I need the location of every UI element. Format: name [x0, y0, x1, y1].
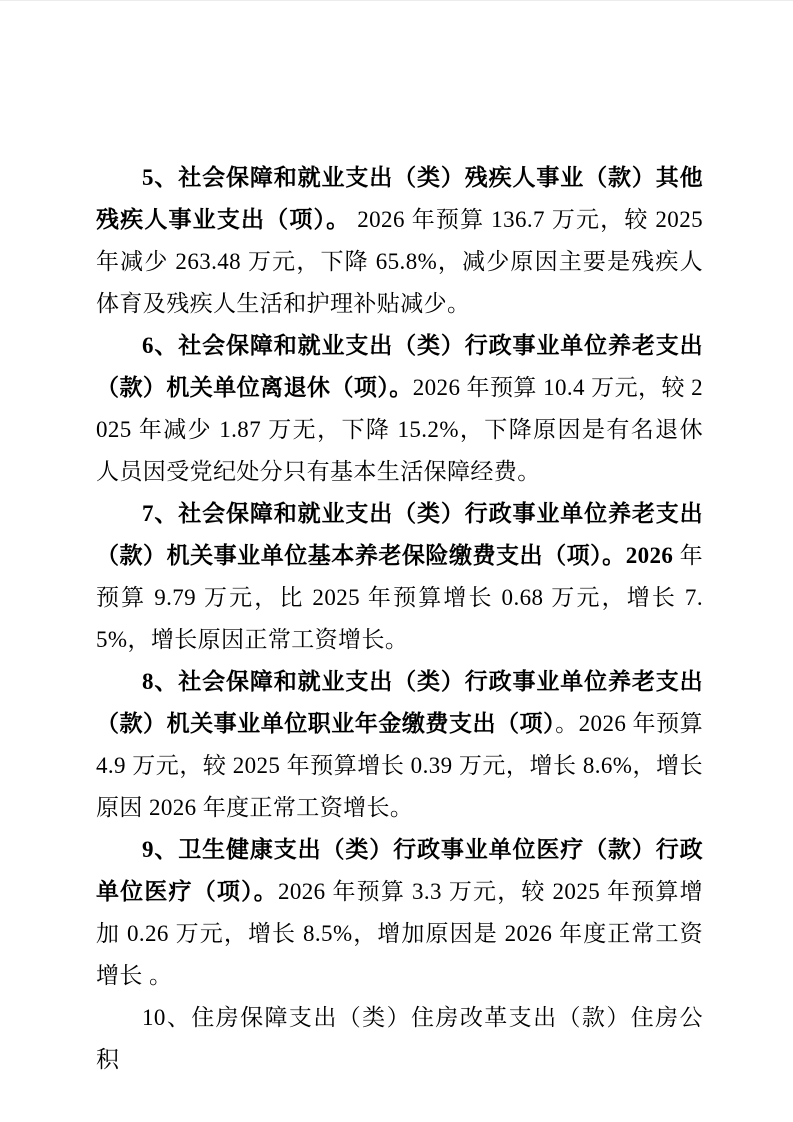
budget-item-paragraph-5: 5、社会保障和就业支出（类）残疾人事业（款）其他残疾人事业支出（项）。 2026…: [96, 157, 703, 325]
budget-item-paragraph-6: 6、社会保障和就业支出（类）行政事业单位养老支出（款）机关单位离退休（项）。20…: [96, 325, 703, 493]
budget-item-paragraph-10: 10、住房保障支出（类）住房改革支出（款）住房公积: [96, 997, 703, 1081]
document-body: 5、社会保障和就业支出（类）残疾人事业（款）其他残疾人事业支出（项）。 2026…: [96, 157, 703, 1081]
budget-item-paragraph-7: 7、社会保障和就业支出（类）行政事业单位养老支出（款）机关事业单位基本养老保险缴…: [96, 493, 703, 661]
budget-item-paragraph-9: 9、卫生健康支出（类）行政事业单位医疗（款）行政单位医疗（项）。2026 年预算…: [96, 829, 703, 997]
budget-item-paragraph-8: 8、社会保障和就业支出（类）行政事业单位养老支出（款）机关事业单位职业年金缴费支…: [96, 661, 703, 829]
document-page: { "document": { "background_color": "#ff…: [0, 0, 793, 1122]
paragraph-body: 10、住房保障支出（类）住房改革支出（款）住房公积: [96, 1005, 703, 1072]
paragraph-heading: 7、社会保障和就业支出（类）行政事业单位养老支出（款）机关事业单位基本养老保险缴…: [96, 501, 703, 568]
